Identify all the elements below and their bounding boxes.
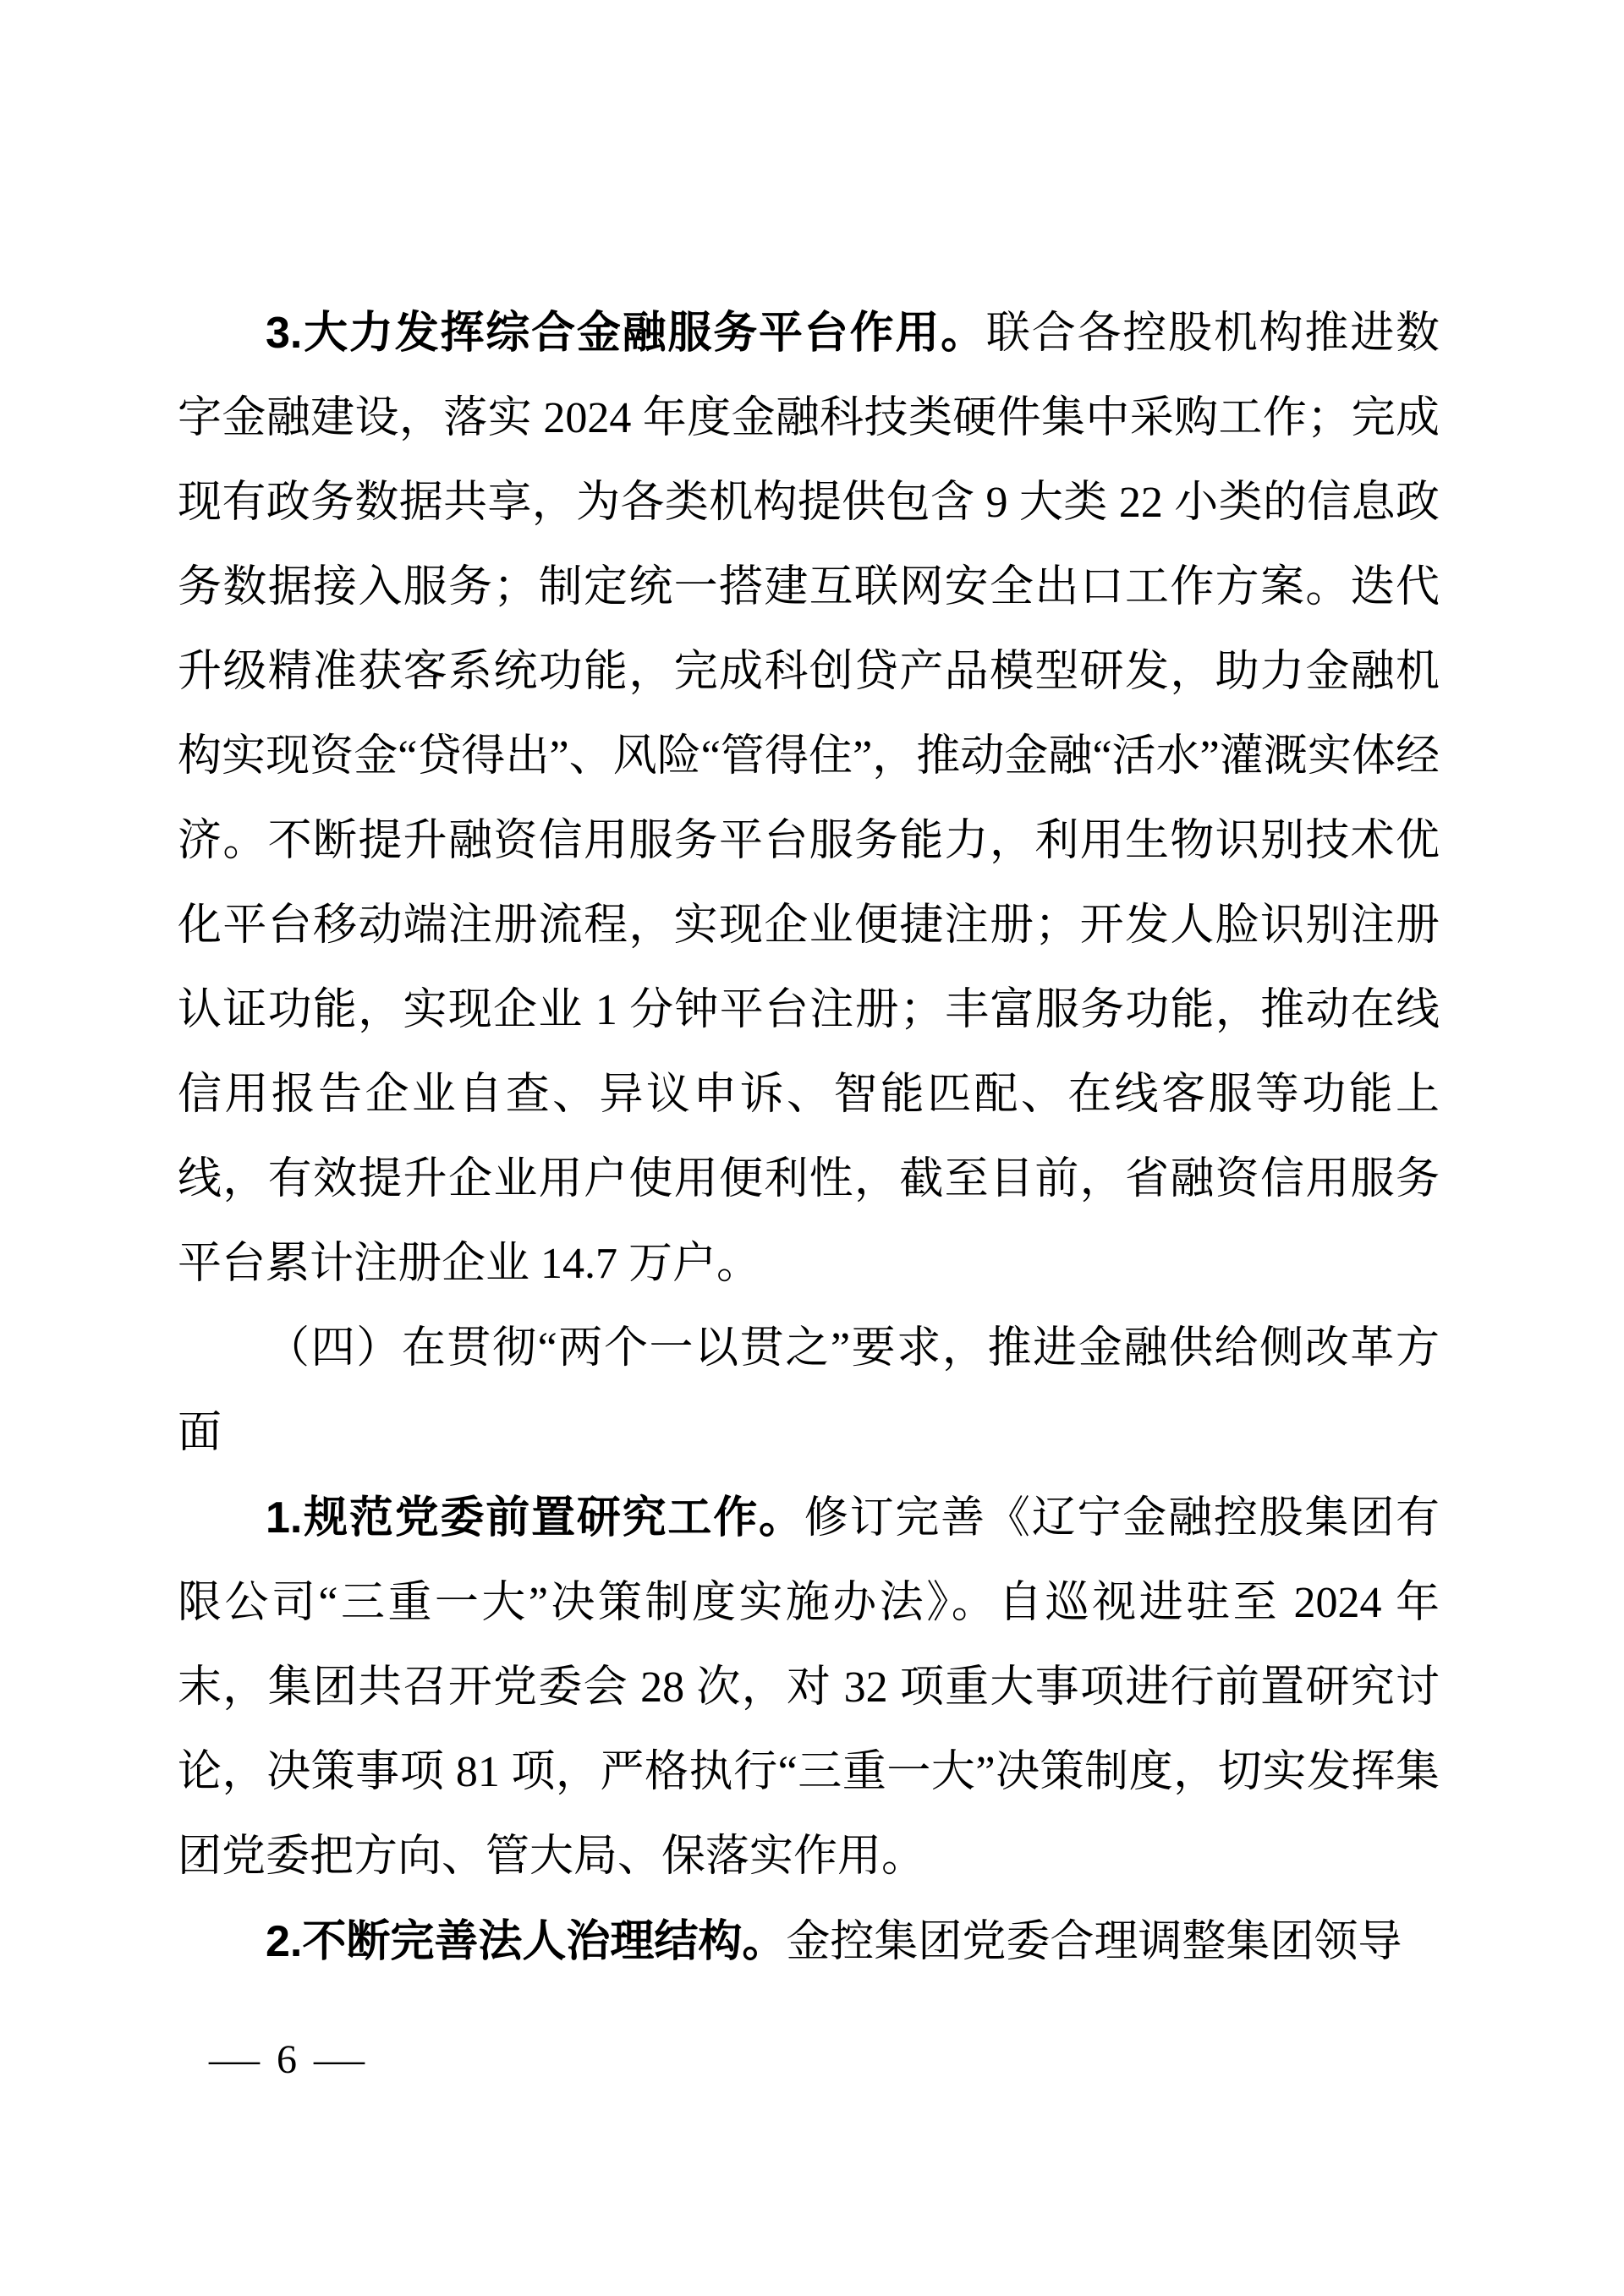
- paragraph-text: 修订完善《辽宁金融控股集团有限公司“三重一大”决策制度实施办法》。自巡视进驻至 …: [178, 1494, 1440, 1881]
- paragraph-text: 联合各控股机构推进数字金融建设，落实 2024 年度金融科技类硬件集中采购工作；…: [178, 310, 1440, 1288]
- paragraph: 3.大力发挥综合金融服务平台作用。联合各控股机构推进数字金融建设，落实 2024…: [178, 291, 1440, 1307]
- footer-dash-right: —: [314, 2036, 365, 2084]
- document-page: 3.大力发挥综合金融服务平台作用。联合各控股机构推进数字金融建设，落实 2024…: [0, 0, 1624, 2296]
- paragraph-text: （四）在贯彻“两个一以贯之”要求，推进金融供给侧改革方面: [178, 1324, 1440, 1457]
- footer-dash-left: —: [209, 2036, 260, 2084]
- paragraph-text: 金控集团党委合理调整集团领导: [786, 1918, 1402, 1966]
- footer-page-number: 6: [277, 2036, 297, 2084]
- paragraph: 2.不断完善法人治理结构。金控集团党委合理调整集团领导: [178, 1899, 1440, 1985]
- page-footer: — 6 —: [214, 2036, 359, 2084]
- paragraph-lead: 2.不断完善法人治理结构。: [266, 1917, 786, 1966]
- subsection-heading: （四）在贯彻“两个一以贯之”要求，推进金融供给侧改革方面: [178, 1307, 1440, 1476]
- paragraph-lead: 1.规范党委前置研究工作。: [266, 1493, 804, 1543]
- paragraph: 1.规范党委前置研究工作。修订完善《辽宁金融控股集团有限公司“三重一大”决策制度…: [178, 1476, 1440, 1899]
- document-body: 3.大力发挥综合金融服务平台作用。联合各控股机构推进数字金融建设，落实 2024…: [178, 291, 1440, 1985]
- paragraph-lead: 3.大力发挥综合金融服务平台作用。: [266, 309, 986, 358]
